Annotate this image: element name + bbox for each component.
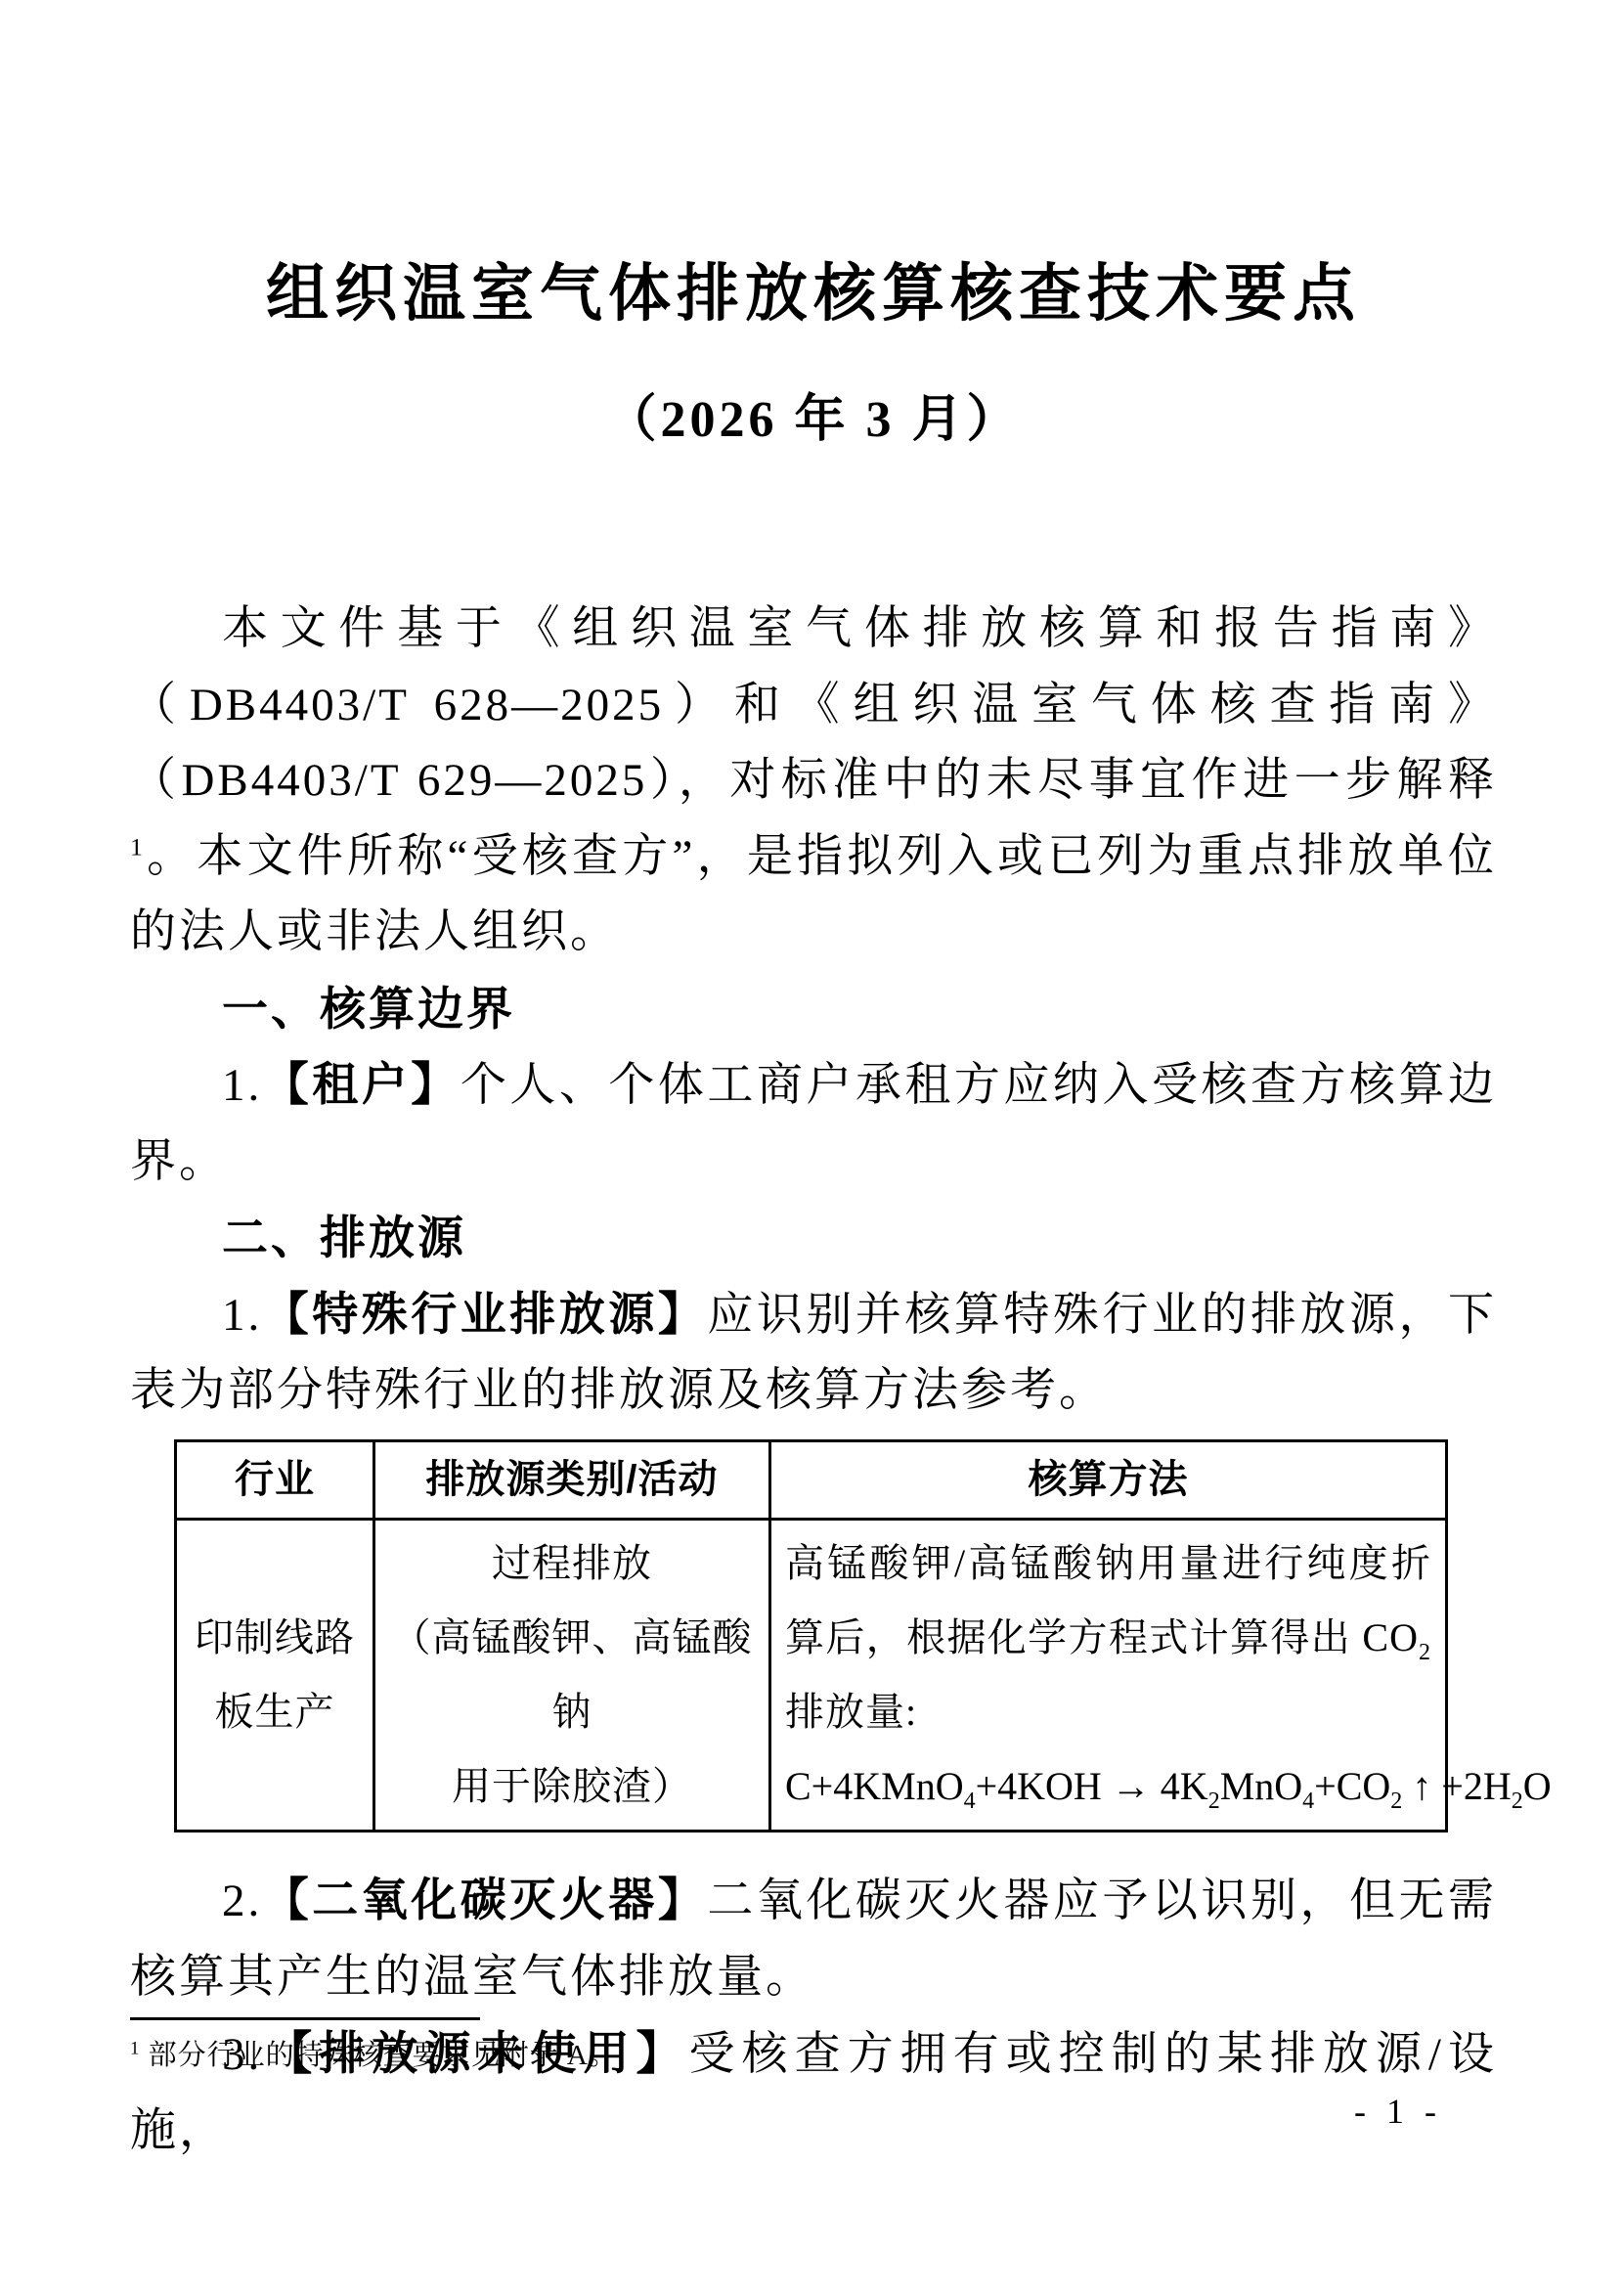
footnote-text: 1 部分行业的特殊核查要求见附录 A。 <box>130 2036 1497 2075</box>
intro-text-before-ref: 本文件基于《组织温室气体排放核算和报告指南》（DB4403/T 628—2025… <box>130 603 1497 806</box>
cell-industry: 印制线路板生产 <box>176 1520 374 1832</box>
item-number: 2. <box>222 1876 262 1926</box>
formula-subscript: 2 <box>1512 1788 1523 1814</box>
formula-segment: O <box>1523 1764 1552 1808</box>
item-term: 【二氧化碳灭火器】 <box>262 1874 707 1925</box>
page-number: - 1 - <box>1354 2091 1442 2132</box>
footnote-number: 1 <box>130 2038 140 2058</box>
section-2-heading: 二、排放源 <box>130 1200 1497 1276</box>
document-body: 本文件基于《组织温室气体排放核算和报告指南》（DB4403/T 628—2025… <box>130 592 1497 2169</box>
method-description: 高锰酸钾/高锰酸钠用量进行纯度折算后，根据化学方程式计算得出 CO2 排放量: <box>785 1526 1431 1749</box>
emission-source-table: 行业 排放源类别/活动 核算方法 印制线路板生产 过程排放 （高锰酸钾、高锰酸钠… <box>174 1439 1448 1833</box>
formula-segment: C+4KMnO <box>785 1764 964 1808</box>
table-header-row: 行业 排放源类别/活动 核算方法 <box>176 1440 1447 1520</box>
method-text: 排放量: <box>785 1690 917 1734</box>
document-page: 组织温室气体排放核算核查技术要点 （2026 年 3 月） 本文件基于《组织温室… <box>0 0 1623 2296</box>
footnote-area: 1 部分行业的特殊核查要求见附录 A。 <box>130 2017 1497 2075</box>
item-number: 1. <box>222 1290 262 1341</box>
source-line: 用于除胶渣） <box>381 1749 763 1824</box>
cell-method: 高锰酸钾/高锰酸钠用量进行纯度折算后，根据化学方程式计算得出 CO2 排放量: … <box>770 1520 1447 1832</box>
formula-subscript: 4 <box>1302 1788 1314 1814</box>
footnote-separator <box>130 2017 480 2020</box>
source-line: 过程排放 <box>381 1526 763 1601</box>
footnote-reference-marker: 1 <box>130 832 146 861</box>
formula-segment: +CO <box>1314 1764 1390 1808</box>
item-term: 【特殊行业排放源】 <box>262 1288 707 1340</box>
footnote-body: 部分行业的特殊核查要求见附录 A。 <box>149 2040 618 2071</box>
cell-source-category: 过程排放 （高锰酸钾、高锰酸钠 用于除胶渣） <box>374 1520 770 1832</box>
section-2-item-1: 1.【特殊行业排放源】应识别并核算特殊行业的排放源，下表为部分特殊行业的排放源及… <box>130 1276 1497 1430</box>
section-2-item-2: 2.【二氧化碳灭火器】二氧化碳灭火器应予以识别，但无需核算其产生的温室气体排放量… <box>130 1862 1497 2015</box>
table-header-industry: 行业 <box>176 1440 374 1520</box>
method-text: 高锰酸钾/高锰酸钠用量进行纯度折算后，根据化学方程式计算得出 CO <box>785 1541 1431 1659</box>
intro-text-after-ref: 。本文件所称“受核查方”，是指拟列入或已列为重点排放单位的法人或非法人组织。 <box>130 831 1497 958</box>
table-row: 印制线路板生产 过程排放 （高锰酸钾、高锰酸钠 用于除胶渣） 高锰酸钾/高锰酸钠… <box>176 1520 1447 1832</box>
source-line: （高锰酸钾、高锰酸钠 <box>381 1601 763 1749</box>
formula-segment: MnO <box>1220 1764 1302 1808</box>
item-number: 1. <box>222 1060 262 1111</box>
co2-subscript: 2 <box>1419 1640 1431 1665</box>
table-header-method: 核算方法 <box>770 1440 1447 1520</box>
intro-paragraph: 本文件基于《组织温室气体排放核算和报告指南》（DB4403/T 628—2025… <box>130 592 1497 971</box>
section-1-item-1: 1.【租户】个人、个体工商户承租方应纳入受核查方核算边界。 <box>130 1046 1497 1200</box>
section-1-heading: 一、核算边界 <box>130 971 1497 1047</box>
item-term: 【租户】 <box>262 1058 461 1110</box>
document-title: 组织温室气体排放核算核查技术要点 <box>130 259 1497 330</box>
formula-subscript: 2 <box>1390 1788 1402 1814</box>
formula-subscript: 4 <box>964 1788 976 1814</box>
page-content: 组织温室气体排放核算核查技术要点 （2026 年 3 月） 本文件基于《组织温室… <box>130 259 1497 2169</box>
table-header-source-category: 排放源类别/活动 <box>374 1440 770 1520</box>
formula-segment: +4KOH → 4K <box>976 1764 1208 1808</box>
chemical-formula: C+4KMnO4+4KOH → 4K2MnO4+CO2 ↑ +2H2O <box>785 1749 1431 1824</box>
document-subtitle: （2026 年 3 月） <box>130 392 1497 449</box>
formula-subscript: 2 <box>1208 1788 1220 1814</box>
formula-segment: ↑ +2H <box>1402 1764 1511 1808</box>
